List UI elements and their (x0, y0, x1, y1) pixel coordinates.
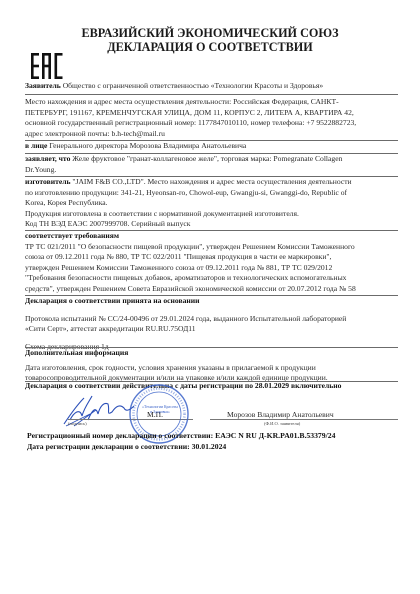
address-line: ПЕТЕРБУРГ, 191167, КРЕМЕНЧУГСКАЯ УЛИЦА, … (25, 108, 398, 119)
applicant-row: Заявитель Общество с ограниченной ответс… (25, 81, 398, 92)
represented-by-row: в лице Генерального директора Морозова В… (25, 141, 398, 152)
name-caption: (Ф.И.О. заявителя) (264, 421, 300, 426)
manufacturer-line: "JAIM F&B CO.,LTD". Место нахождения и а… (72, 177, 351, 186)
address-line: адрес электронной почты: b.h-tech@mail.r… (25, 129, 398, 140)
applicant-value: Общество с ограниченной ответственностью… (63, 81, 324, 90)
registration-date: 30.01.2024 (192, 442, 227, 451)
basis-line: «Сити Серт», аттестат аккредитации RU.RU… (25, 324, 398, 335)
basis-label: Декларация о соответствии принята на осн… (25, 296, 398, 307)
requirement-line: ТР ТС 021/2011 "О безопасности пищевой п… (25, 242, 398, 253)
signatory-name: Морозов Владимир Анатольевич (227, 410, 334, 419)
manufacturer-line: по изготовлению продукции: 341-21, Hyeon… (25, 188, 398, 199)
manufacturer-line: Korea, Корея Республика. (25, 198, 398, 209)
registration-date-row: Дата регистрации декларации о соответств… (27, 442, 400, 453)
registration-number: ЕАЭС N RU Д-KR.PA01.B.53379/24 (215, 431, 335, 440)
divider (25, 94, 398, 95)
manufacturer-note: Продукция изготовлена в соответствии с н… (25, 209, 398, 220)
hs-code: Код ТН ВЭД ЕАЭС 2007999708. Серийный вып… (25, 219, 398, 230)
represented-by-label: в лице (25, 141, 47, 150)
registration-date-label: Дата регистрации декларации о соответств… (27, 442, 190, 451)
basis-block: Декларация о соответствии принята на осн… (25, 296, 398, 352)
declaration-page: ЕВРАЗИЙСКИЙ ЭКОНОМИЧЕСКИЙ СОЮЗ ДЕКЛАРАЦИ… (0, 0, 420, 594)
requirement-line: средств", утвержден Решением Совета Евра… (25, 284, 398, 295)
requirement-line: союза от 09.12.2011 года № 880, ТР ТС 02… (25, 252, 398, 263)
address-block: Место нахождения и адрес места осуществл… (25, 97, 398, 139)
header-declaration-title: ДЕКЛАРАЦИЯ О СООТВЕТСТВИИ (0, 40, 420, 54)
additional-line: Дата изготовления, срок годности, услови… (25, 363, 398, 374)
manufacturer-block: изготовитель "JAIM F&B CO.,LTD". Место н… (25, 177, 398, 230)
requirements-label: соответствует требованиям (25, 231, 398, 242)
eac-logo-icon (31, 53, 63, 79)
registration-number-row: Регистрационный номер декларации о соотв… (27, 431, 400, 442)
declares-block: заявляет, что Желе фруктовое "гранат-кол… (25, 154, 398, 175)
requirement-line: "Требования безопасности пищевых добавок… (25, 273, 398, 284)
requirements-block: соответствует требованиям ТР ТС 021/2011… (25, 231, 398, 295)
name-line (210, 419, 398, 420)
represented-by-value: Генерального директора Морозова Владимир… (49, 141, 246, 150)
basis-line: Протокола испытаний № СС/24-00496 от 29.… (25, 314, 398, 325)
applicant-label: Заявитель (25, 81, 61, 90)
registration-number-label: Регистрационный номер декларации о соотв… (27, 431, 213, 440)
product-name: Желе фруктовое "гранат-коллагеновое желе… (72, 154, 342, 163)
additional-block: Дополнительная информация Дата изготовле… (25, 348, 398, 384)
header-union-title: ЕВРАЗИЙСКИЙ ЭКОНОМИЧЕСКИЙ СОЮЗ (0, 26, 420, 40)
additional-label: Дополнительная информация (25, 348, 398, 359)
address-line: Место нахождения и адрес места осуществл… (25, 97, 398, 108)
declares-label: заявляет, что (25, 154, 70, 163)
requirement-line: утвержден Решением Комиссии Таможенного … (25, 263, 398, 274)
address-line: основной государственный регистрационный… (25, 118, 398, 129)
product-name-cont: Dr.Young. (25, 165, 398, 176)
stamp-text: «Технологии Красоты и Здоровья» (140, 405, 180, 415)
signature-caption: (подпись) (68, 421, 87, 426)
manufacturer-label: изготовитель (25, 177, 70, 186)
